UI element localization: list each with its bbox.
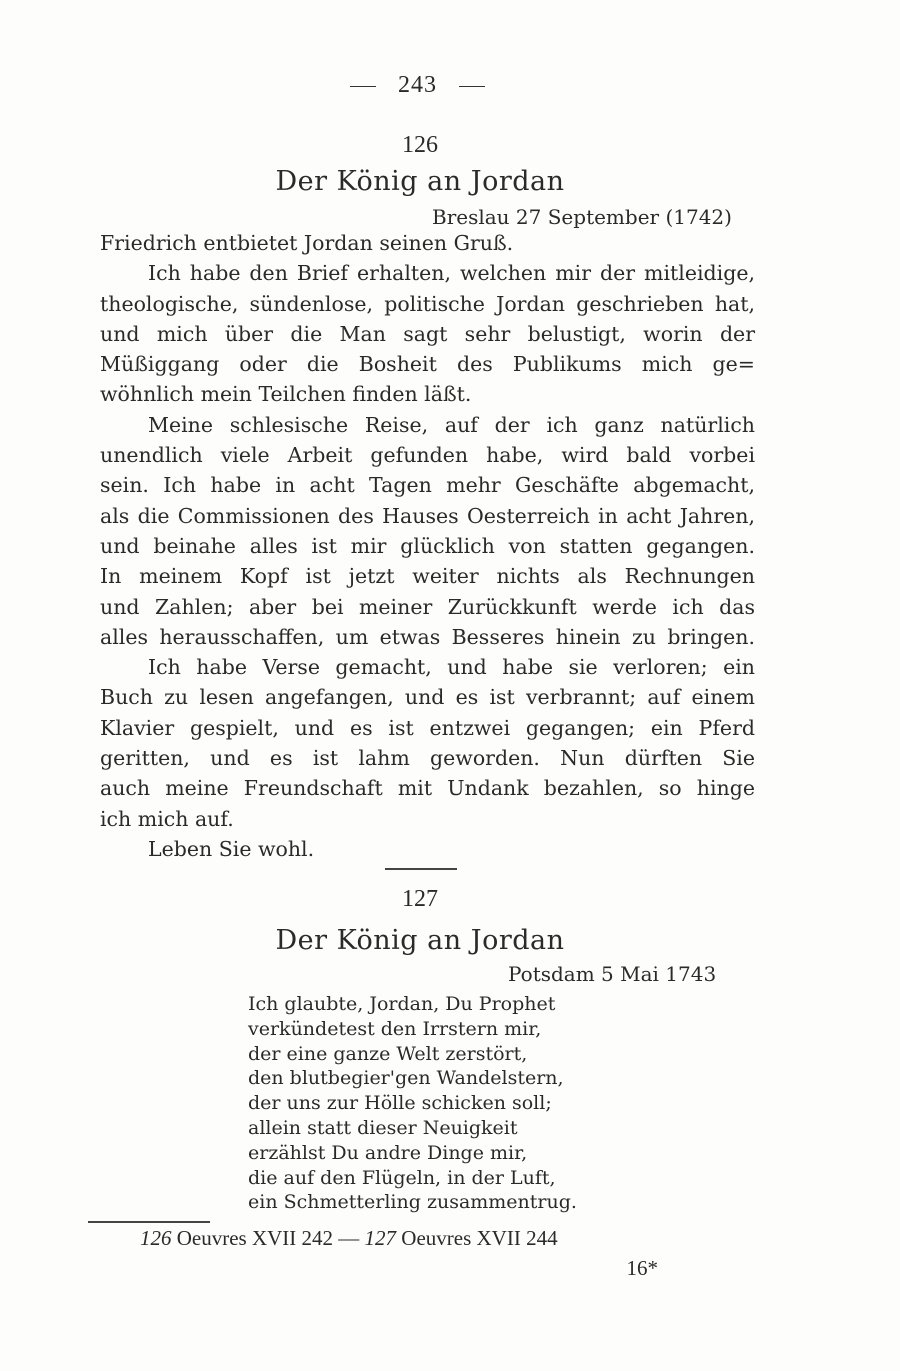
paragraph-3-line: Ich habe Verse gemacht, und habe sie ver…	[100, 652, 755, 682]
letter-127-verse: Ich glaubte, Jordan, Du Prophet verkünde…	[248, 992, 577, 1215]
paragraph-2-line: In meinem Kopf ist jetzt weiter nichts a…	[100, 561, 755, 591]
paragraph-2-line: Meine schlesische Reise, auf der ich gan…	[100, 410, 755, 440]
paragraph-1-line: wöhnlich mein Teilchen finden läßt.	[100, 379, 755, 409]
footnote-ref-126-number: 126	[140, 1226, 172, 1250]
letter-126-number: 126	[0, 132, 840, 159]
paragraph-1-line: Ich habe den Brief erhalten, welchen mir…	[100, 258, 755, 288]
verse-line: den blutbegier'gen Wandelstern,	[248, 1066, 577, 1091]
verse-line: die auf den Flügeln, in der Luft,	[248, 1166, 577, 1191]
footnote-separator: —	[338, 1226, 359, 1250]
footnote: 126 Oeuvres XVII 242 — 127 Oeuvres XVII …	[140, 1226, 558, 1251]
page-number-dash-right	[459, 86, 485, 88]
page-number: 243	[0, 72, 835, 99]
page-number-text: 243	[398, 72, 437, 98]
footnote-ref-127-number: 127	[365, 1226, 397, 1250]
verse-line: allein statt dieser Neuigkeit	[248, 1116, 577, 1141]
paragraph-3-line: Buch zu lesen angefangen, und es ist ver…	[100, 682, 755, 712]
paragraph-3-line: auch meine Freundschaft mit Undank bezah…	[100, 773, 755, 803]
footnote-ref-126-text: Oeuvres XVII 242	[177, 1226, 333, 1250]
paragraph-2-line: und Zahlen; aber bei meiner Zurückkunft …	[100, 592, 755, 622]
verse-line: verkündetest den Irrstern mir,	[248, 1017, 577, 1042]
paragraph-2-line: als die Commissionen des Hauses Oesterre…	[100, 501, 755, 531]
verse-line: der eine ganze Welt zerstört,	[248, 1042, 577, 1067]
paragraph-3-line: geritten, und es ist lahm geworden. Nun …	[100, 743, 755, 773]
paragraph-2-line: und beinahe alles ist mir glücklich von …	[100, 531, 755, 561]
verse-line: ein Schmetterling zusammentrug.	[248, 1190, 577, 1215]
verse-line: Ich glaubte, Jordan, Du Prophet	[248, 992, 577, 1017]
paragraph-3-line: Klavier gespielt, und es ist entzwei geg…	[100, 713, 755, 743]
letter-126-body: Friedrich entbietet Jordan seinen Gruß. …	[100, 228, 755, 864]
paragraph-2-line: alles herausschaffen, um etwas Besseres …	[100, 622, 755, 652]
page-number-dash-left	[350, 86, 376, 88]
verse-line: der uns zur Hölle schicken soll;	[248, 1091, 577, 1116]
letter-126-dateline: Breslau 27 September (1742)	[432, 205, 732, 229]
letter-127-dateline: Potsdam 5 Mai 1743	[508, 962, 716, 986]
letter-separator-rule	[385, 868, 457, 870]
closing: Leben Sie wohl.	[100, 834, 755, 864]
salutation: Friedrich entbietet Jordan seinen Gruß.	[100, 228, 755, 258]
paragraph-2-line: unendlich viele Arbeit gefunden habe, wi…	[100, 440, 755, 470]
paragraph-1-line: theologische, sündenlose, politische Jor…	[100, 289, 755, 319]
paragraph-3-line: ich mich auf.	[100, 804, 755, 834]
footnote-ref-127-text: Oeuvres XVII 244	[401, 1226, 557, 1250]
paragraph-1-line: und mich über die Man sagt sehr belustig…	[100, 319, 755, 349]
verse-line: erzählst Du andre Dinge mir,	[248, 1141, 577, 1166]
footnote-rule	[88, 1221, 210, 1223]
letter-127-number: 127	[0, 886, 840, 913]
letter-127-title: Der König an Jordan	[0, 925, 840, 956]
signature-mark: 16*	[620, 1256, 658, 1281]
paragraph-2-line: sein. Ich habe in acht Tagen mehr Geschä…	[100, 470, 755, 500]
paragraph-1-line: Müßiggang oder die Bosheit des Publikums…	[100, 349, 755, 379]
letter-126-title: Der König an Jordan	[0, 166, 840, 197]
